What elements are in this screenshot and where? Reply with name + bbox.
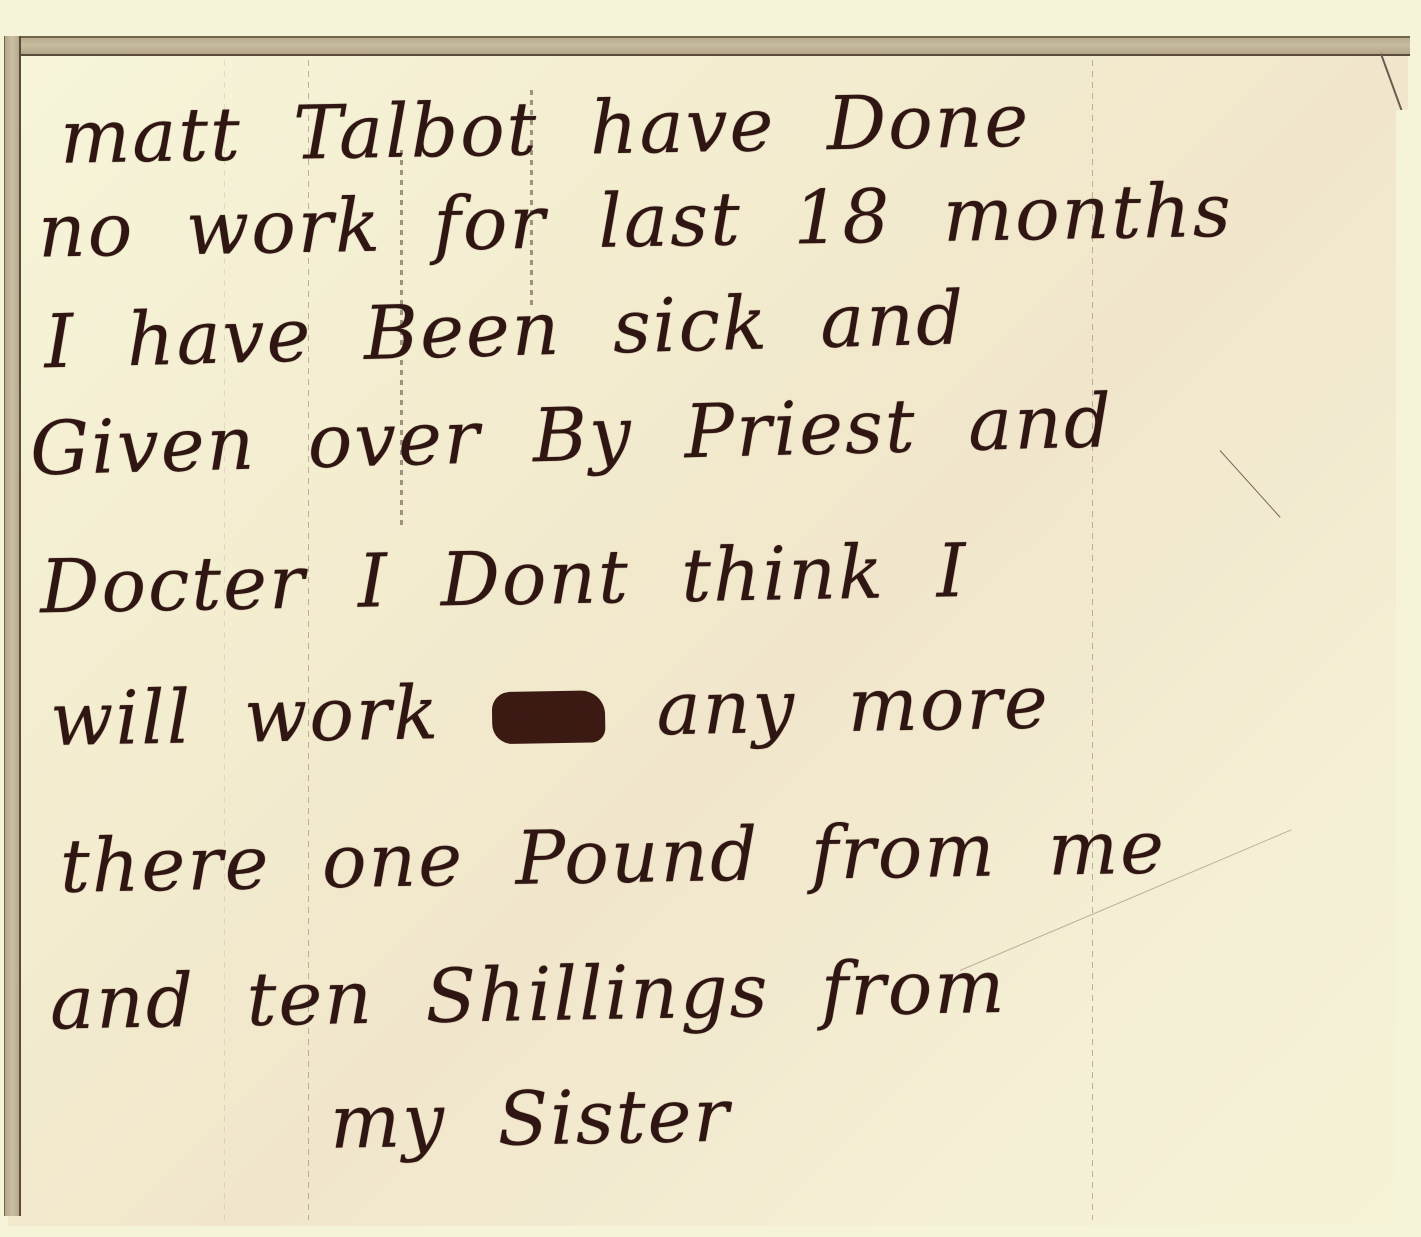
- word: from: [820, 950, 1007, 1027]
- struck-out-word: one: [491, 690, 605, 744]
- word: from: [810, 814, 997, 891]
- text-line-6: will work one any more: [49, 665, 1076, 757]
- word: I: [43, 305, 76, 380]
- word: me: [1047, 811, 1166, 887]
- word: I: [357, 544, 390, 619]
- word: any: [656, 670, 797, 746]
- word: have: [126, 298, 313, 377]
- word: Priest: [683, 389, 917, 469]
- text-line-7: there one Pound from me: [59, 810, 1192, 904]
- word: over: [307, 401, 482, 480]
- word: one: [321, 823, 464, 899]
- word: and: [49, 964, 195, 1041]
- word: Talbot: [293, 92, 539, 170]
- word: sick: [612, 286, 770, 364]
- word: will: [49, 680, 193, 756]
- word: for: [433, 186, 548, 262]
- word: my: [329, 1084, 446, 1160]
- word: 18: [793, 180, 892, 256]
- word: and: [819, 281, 966, 359]
- word: more: [847, 666, 1050, 744]
- text-line-3: I have Been sick and: [43, 281, 992, 380]
- text-line-1: matt Talbot have Done: [59, 83, 1056, 174]
- word: Dont: [440, 540, 631, 617]
- word: Given: [29, 407, 257, 487]
- word: months: [942, 174, 1233, 253]
- handwritten-text: matt Talbot have Done no work for last 1…: [0, 0, 1421, 1237]
- word: Done: [826, 84, 1031, 162]
- word: Pound: [515, 818, 760, 896]
- word: no: [37, 193, 134, 269]
- word: matt: [59, 98, 242, 175]
- word: I: [936, 534, 969, 609]
- word: Sister: [497, 1079, 732, 1157]
- word: and: [967, 384, 1114, 462]
- word: think: [681, 536, 886, 614]
- word: Shillings: [425, 954, 770, 1034]
- word: Docter: [39, 546, 306, 625]
- word: By: [532, 397, 634, 474]
- text-line-2: no work for last 18 months: [37, 173, 1259, 268]
- word: work: [185, 189, 382, 266]
- word: ten: [246, 961, 374, 1037]
- word: work: [243, 676, 440, 753]
- word: last: [598, 182, 743, 258]
- word: have: [589, 88, 776, 165]
- text-line-5: Docter I Dont think I: [39, 534, 994, 625]
- text-line-9: my Sister: [329, 1078, 757, 1159]
- word: Been: [363, 292, 562, 371]
- word: there: [59, 826, 271, 904]
- text-line-8: and ten Shillings from: [49, 949, 1033, 1040]
- text-line-4: Given over By Priest and: [29, 383, 1140, 486]
